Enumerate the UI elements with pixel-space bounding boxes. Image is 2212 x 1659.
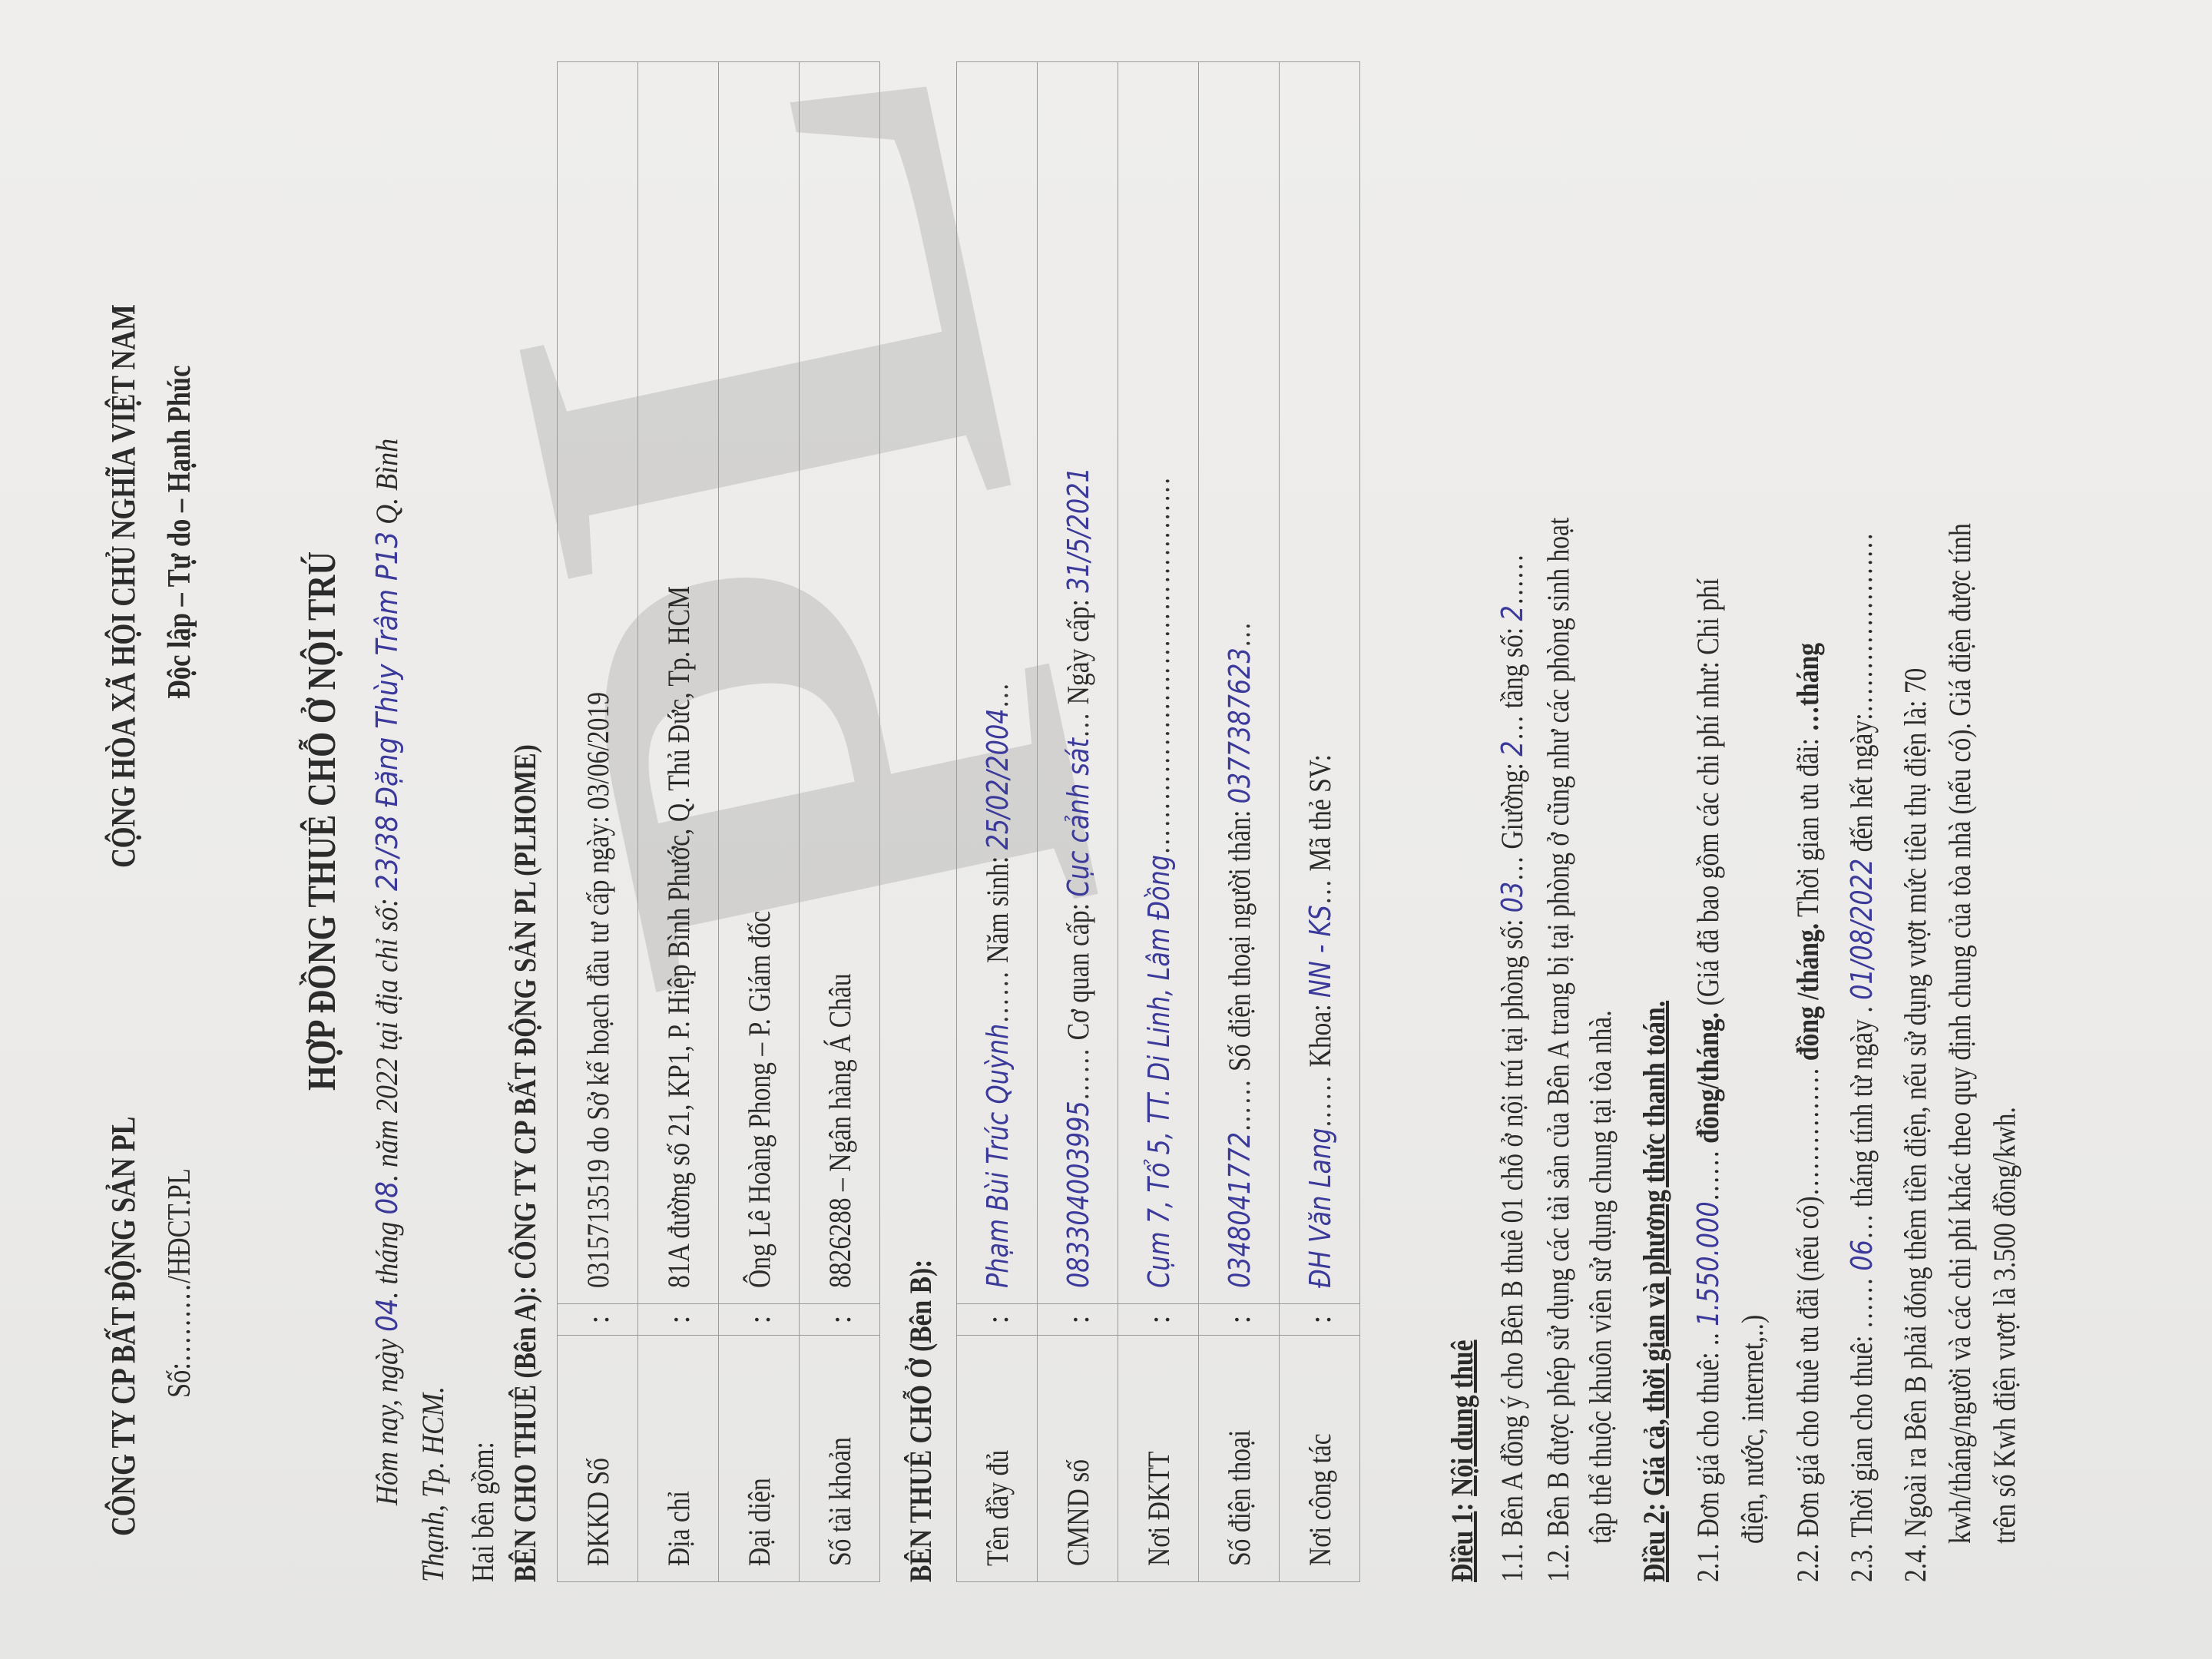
party-b-row: Tên đầy đủ:Phạm Bùi Trúc Quỳnh…… Năm sin…	[957, 62, 1038, 1582]
value-text: 81A đường số 21, KP1, P. Hiệp Bình Phước…	[661, 586, 696, 1288]
value-text: 0315713519 do Sở kế hoạch đầu tư cấp ngà…	[581, 692, 615, 1288]
colon: :	[558, 1304, 638, 1336]
month-label: tháng	[369, 1221, 404, 1284]
label-text: Nơi ĐKTT	[1141, 1452, 1176, 1566]
nation-heading: CỘNG HÒA XÃ HỘI CHỦ NGHĨA VIỆT NAM	[104, 305, 143, 868]
bed-handwritten: 2	[1495, 740, 1529, 756]
discount-note: Thời gian ưu đãi:	[1790, 738, 1825, 917]
handwritten-value: 0348041772	[1223, 1132, 1257, 1288]
party-a-row: Số tài khoản:8826288 – Ngân hàng Á Châu	[800, 62, 880, 1582]
start-date-handwritten: 01/08/2022	[1845, 859, 1879, 1000]
party-a-row: Địa chỉ:81A đường số 21, KP1, P. Hiệp Bì…	[638, 62, 719, 1582]
discount-unit: đồng /tháng.	[1790, 923, 1825, 1061]
handwritten-value: 31/5/2021	[1061, 467, 1095, 593]
field-label: Số điện thoại người thân:	[1222, 810, 1257, 1071]
clause-2-4-cont: kwh/tháng/người và các chi phí khác theo…	[1942, 523, 1978, 1544]
colon: :	[1038, 1304, 1118, 1336]
room-handwritten: 03	[1495, 882, 1529, 913]
nation-motto: Độc lập – Tự do – Hạnh Phúc	[161, 366, 198, 699]
row-value: 0348041772…… Số điện thoại người thân: 0…	[1199, 62, 1280, 1304]
clause-1-2: 1.2. Bên B được phép sử dụng các tài sản…	[1540, 518, 1576, 1582]
label-text: Số điện thoại	[1222, 1430, 1257, 1566]
price-unit: đồng/tháng.	[1690, 1012, 1725, 1144]
party-b-row: Nơi ĐKTT:Cụm 7, Tổ 5, TT. Di Linh, Lâm Đ…	[1118, 62, 1199, 1582]
price-handwritten: 1.550.000	[1691, 1201, 1725, 1326]
party-a-heading: BÊN CHO THUÊ (Bên A): CÔNG TY CP BẤT ĐỘN…	[507, 744, 543, 1582]
clause-2-1-cont: điện, nước, internet,..)	[1734, 1315, 1770, 1544]
clause-2-4-cont2: trên số Kwh điện vượt là 3.500 đồng/kwh.	[1986, 1107, 2022, 1544]
party-a-row: Đại diện:Ông Lê Hoàng Phong – P. Giám đố…	[719, 62, 800, 1582]
label-text: Số tài khoản	[823, 1437, 857, 1566]
row-label: Số tài khoản	[800, 1336, 880, 1582]
district-text: Q. Bình	[369, 439, 404, 525]
label-text: ĐKKD Số	[581, 1458, 615, 1566]
row-label: Số điện thoại	[1199, 1336, 1280, 1582]
clause-text: Đơn giá cho thuê ưu đãi (nếu có)……………	[1790, 1067, 1825, 1537]
colon: :	[719, 1304, 800, 1336]
label-text: Đại diện	[742, 1478, 777, 1566]
handwritten-value: Phạm Bùi Trúc Quỳnh	[981, 1024, 1015, 1288]
row-label: Đại diện	[719, 1336, 800, 1582]
end-date-label: đến hết ngày:…………………	[1844, 532, 1879, 852]
clause-text: Bên B được phép sử dụng các tài sản của …	[1541, 518, 1575, 1538]
handwritten-value: 083304003995	[1061, 1101, 1095, 1288]
label-text: Tên đầy đủ	[980, 1450, 1015, 1566]
contract-title: HỢP ĐỒNG THUÊ CHỖ Ở NỘI TRÚ	[300, 551, 345, 1091]
field-label: Cơ quan cấp:	[1061, 903, 1095, 1040]
handwritten-value: 0377387623	[1223, 647, 1257, 803]
value-text: 8826288 – Ngân hàng Á Châu	[823, 973, 857, 1288]
party-a-row: ĐKKD Số:0315713519 do Sở kế hoạch đầu tư…	[558, 62, 638, 1582]
floor-handwritten: 2	[1495, 605, 1529, 621]
row-label: Địa chỉ	[638, 1336, 719, 1582]
price-note: (Giá đã bao gồm các chi phí như: Chi phí	[1690, 578, 1725, 1006]
article-2-heading: Điều 2: Giá cả, thời gian và phương thức…	[1636, 1001, 1672, 1582]
label-text: Địa chỉ	[661, 1491, 696, 1566]
row-label: Nơi công tác	[1280, 1336, 1360, 1582]
handwritten-value: ĐH Văn Lang	[1303, 1128, 1337, 1288]
field-label: Khoa:	[1303, 1004, 1337, 1067]
row-value: Cụm 7, Tổ 5, TT. Di Linh, Lâm Đồng…………………	[1118, 62, 1199, 1304]
handwritten-value: NN - KS	[1303, 905, 1337, 998]
label-text: Nơi công tác	[1303, 1433, 1337, 1566]
article-1-number: Điều 1	[1445, 1512, 1479, 1582]
party-b-row: Nơi công tác:ĐH Văn Lang…… Khoa: NN - KS…	[1280, 62, 1360, 1582]
label-text: CMND số	[1061, 1459, 1095, 1566]
party-b-row: Số điện thoại:0348041772…… Số điện thoại…	[1199, 62, 1280, 1582]
article-2-number: Điều 2	[1637, 1512, 1671, 1582]
clause-number: 1.2.	[1541, 1544, 1575, 1582]
field-label: Năm sinh:	[980, 856, 1015, 963]
clause-number: 2.2.	[1790, 1544, 1825, 1582]
row-label: Tên đầy đủ	[957, 1336, 1038, 1582]
colon: :	[800, 1304, 880, 1336]
colon: :	[1280, 1304, 1360, 1336]
start-label: tháng tính từ ngày	[1844, 1019, 1879, 1207]
colon: :	[1118, 1304, 1199, 1336]
bed-label: Giường:	[1495, 763, 1529, 849]
floor-label: tầng số:	[1495, 628, 1529, 708]
address-handwritten: 23/38 Đặng Thùy Trâm P13	[370, 531, 404, 891]
row-label: Nơi ĐKTT	[1118, 1336, 1199, 1582]
clause-number: 2.4.	[1898, 1544, 1932, 1582]
clause-number: 2.3.	[1844, 1544, 1879, 1582]
row-value: Ông Lê Hoàng Phong – P. Giám đốc	[719, 62, 800, 1304]
row-value: 0315713519 do Sở kế hoạch đầu tư cấp ngà…	[558, 62, 638, 1304]
row-value: 8826288 – Ngân hàng Á Châu	[800, 62, 880, 1304]
article-2-title: Giá cả, thời gian và phương thức thanh t…	[1637, 1001, 1671, 1496]
clause-1-2-cont: tập thể thuộc khuôn viên sử dụng chung t…	[1582, 1010, 1618, 1544]
row-label: ĐKKD Số	[558, 1336, 638, 1582]
handwritten-value: Cụm 7, Tổ 5, TT. Di Linh, Lâm Đồng	[1142, 855, 1176, 1288]
clause-text: Đơn giá cho thuê:	[1690, 1352, 1725, 1537]
months-handwritten: 06	[1845, 1240, 1879, 1271]
clause-1-1: 1.1. Bên A đồng ý cho Bên B thuê 01 chỗ …	[1494, 554, 1530, 1582]
field-label: Mã thẻ SV:	[1303, 754, 1337, 871]
row-value: ĐH Văn Lang…… Khoa: NN - KS… Mã thẻ SV:	[1280, 62, 1360, 1304]
party-b-heading: BÊN THUÊ CHỖ Ở (Bên B):	[902, 1260, 939, 1582]
article-1-heading: Điều 1: Nội dung thuê	[1444, 1339, 1480, 1582]
row-value: 81A đường số 21, KP1, P. Hiệp Bình Phước…	[638, 62, 719, 1304]
year-text: năm 2022 tại địa chỉ số:	[369, 898, 404, 1167]
clause-number: 1.1.	[1495, 1544, 1529, 1582]
document-number: Số:………/HĐCT.PL	[161, 1168, 198, 1398]
clause-2-3: 2.3. Thời gian cho thuê: …… 06… tháng tí…	[1843, 532, 1879, 1582]
handwritten-value: 25/02/2004	[981, 708, 1015, 849]
day-handwritten: 04	[370, 1299, 404, 1333]
clause-text: Bên A đồng ý cho Bên B thuê 01 chỗ ở nội…	[1495, 919, 1529, 1538]
clause-2-1: 2.1. Đơn giá cho thuê: .. 1.550.000…… đồ…	[1690, 578, 1726, 1582]
month-handwritten: 08	[370, 1181, 404, 1215]
clause-text: Ngoài ra Bên B phải đóng thêm tiền điện,…	[1898, 668, 1932, 1538]
article-1-title: Nội dung thuê	[1445, 1339, 1479, 1496]
party-a-table: ĐKKD Số:0315713519 do Sở kế hoạch đầu tư…	[557, 61, 880, 1582]
colon: :	[638, 1304, 719, 1336]
intro-line-2: Thạnh, Tp. HCM.	[415, 1386, 451, 1582]
intro-line-1: Hôm nay, ngày 04. tháng 08. năm 2022 tại…	[369, 439, 405, 1505]
colon: :	[1199, 1304, 1280, 1336]
field-label: Ngày cấp:	[1061, 599, 1095, 704]
intro-prefix: Hôm nay, ngày	[369, 1339, 404, 1505]
row-value: Phạm Bùi Trúc Quỳnh…… Năm sinh: 25/02/20…	[957, 62, 1038, 1304]
handwritten-value: Cục cảnh sát	[1061, 738, 1095, 897]
row-value: 083304003995…… Cơ quan cấp: Cục cảnh sát…	[1038, 62, 1118, 1304]
company-name: CÔNG TY CP BẤT ĐỘNG SẢN PL	[104, 1117, 143, 1536]
discount-months: …tháng	[1790, 643, 1825, 732]
colon: :	[957, 1304, 1038, 1336]
contract-page: PL CÔNG TY CP BẤT ĐỘNG SẢN PL Số:………/HĐC…	[0, 0, 2212, 1659]
clause-text: Thời gian cho thuê:	[1844, 1336, 1879, 1538]
clause-number: 2.1.	[1690, 1544, 1725, 1582]
party-b-row: CMND số:083304003995…… Cơ quan cấp: Cục …	[1038, 62, 1118, 1582]
value-text: Ông Lê Hoàng Phong – P. Giám đốc	[742, 911, 777, 1288]
party-b-table: Tên đầy đủ:Phạm Bùi Trúc Quỳnh…… Năm sin…	[956, 61, 1360, 1582]
clause-2-4: 2.4. Ngoài ra Bên B phải đóng thêm tiền …	[1897, 668, 1933, 1582]
row-label: CMND số	[1038, 1336, 1118, 1582]
parties-label: Hai bên gồm:	[465, 1442, 501, 1582]
clause-2-2: 2.2. Đơn giá cho thuê ưu đãi (nếu có)…………	[1790, 643, 1826, 1582]
